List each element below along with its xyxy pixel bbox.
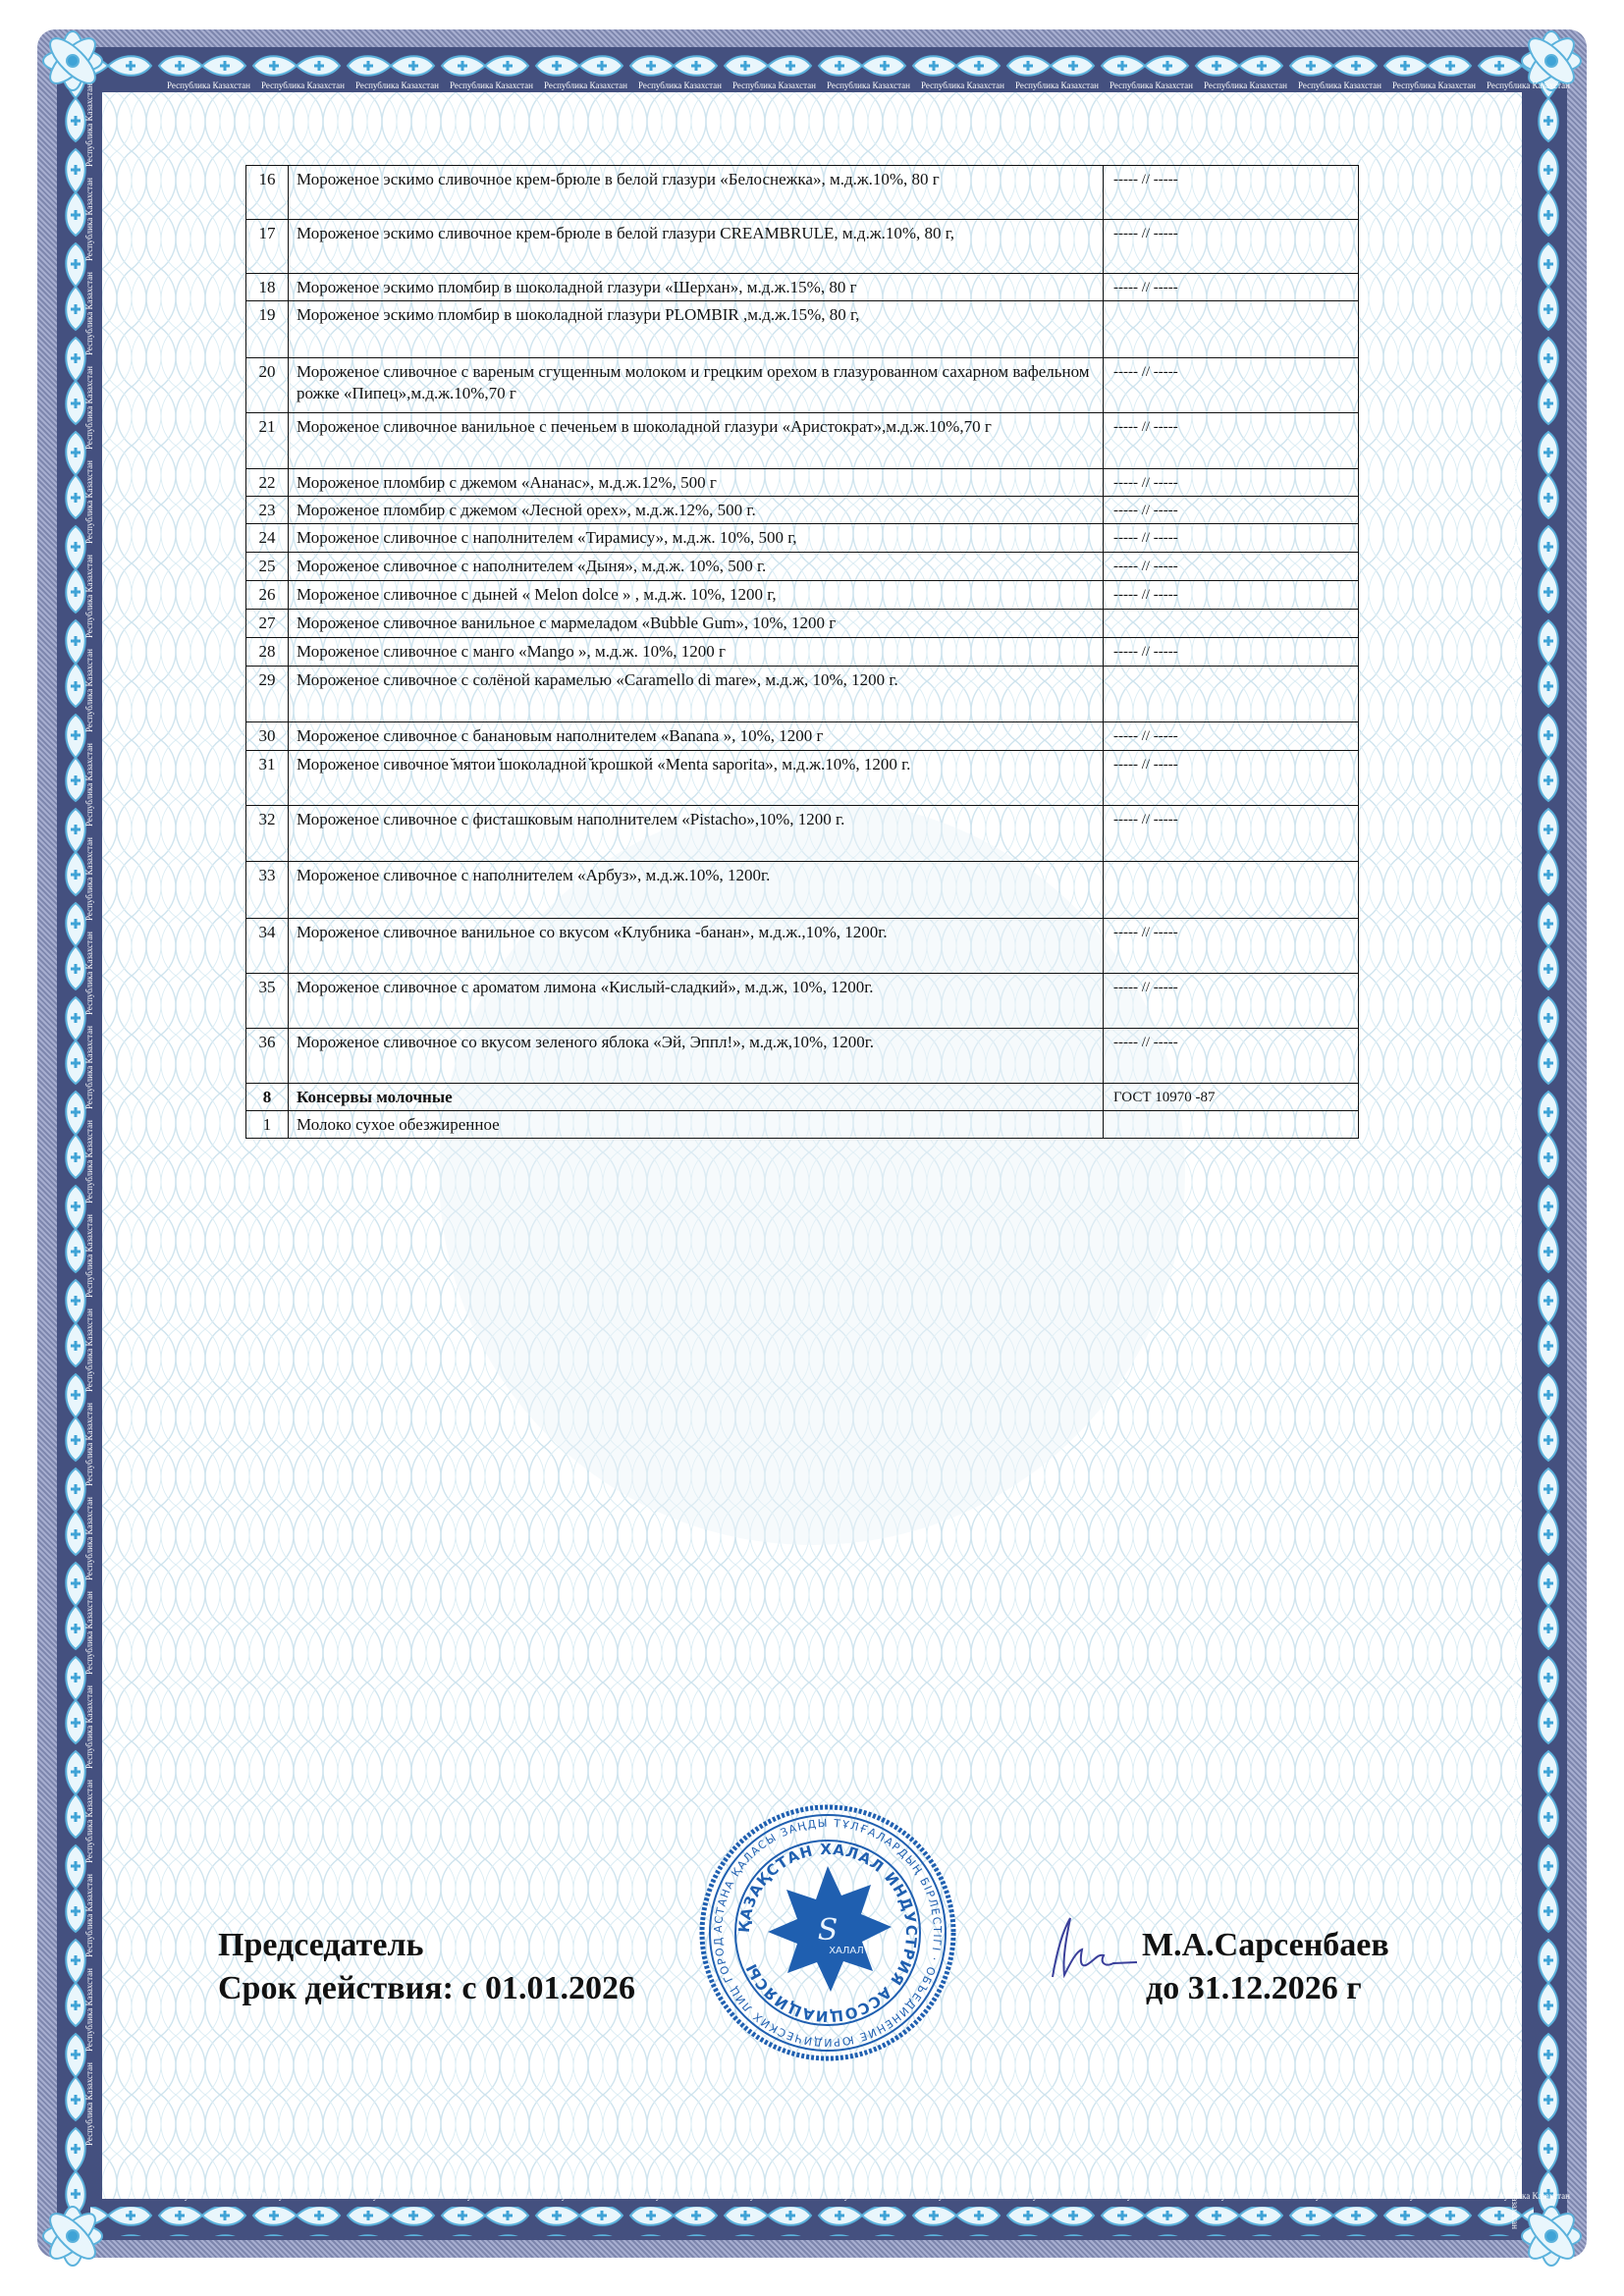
border-text: Республика Казахстан [84,1026,94,1109]
row-number: 23 [246,497,289,524]
table-row: 30Мороженое сливочное с банановым наполн… [246,722,1359,751]
border-text: Республика Казахстан [84,649,94,732]
table-row: 28 Мороженое сливочное с манго «Mango »,… [246,638,1359,667]
standard-reference [1104,862,1359,919]
standard-reference: ----- // ----- [1104,806,1359,862]
border-text: Республика Казахстан [1392,80,1476,90]
border-text: Республика Казахстан [1510,1957,1520,2041]
certificate-page: Республика КазахстанРеспублика Казахстан… [0,0,1624,2296]
border-text: Республика Казахстан [827,80,910,90]
border-text: Республика Казахстан [84,932,94,1015]
border-text: Республика Казахстан [732,80,816,90]
border-text: Республика Казахстан [1510,1015,1520,1098]
standard-reference: ----- // ----- [1104,553,1359,581]
border-text: Республика Казахстан [167,2191,250,2201]
standard-reference [1104,1111,1359,1139]
product-name: Мороженое сивочное ̆мятои ̆шоколадной ̆к… [289,751,1104,806]
standard-reference: ----- // ----- [1104,413,1359,469]
border-text: Республика Казахстан [1015,80,1099,90]
border-text: Республика Казахстан [355,2191,439,2201]
corner-ornament-icon [33,22,112,100]
row-number: 26 [246,581,289,610]
border-text: Республика Казахстан [84,178,94,261]
row-number: 28 [246,638,289,667]
border-text: Республика Казахстан [1510,732,1520,816]
border-text: Республика Казахстан [1510,1486,1520,1570]
row-number: 18 [246,274,289,301]
border-text: Республика Казахстан [1510,355,1520,439]
row-number: 29 [246,667,289,722]
row-number: 33 [246,862,289,919]
table-row: 18Мороженое эскимо пломбир в шоколадной … [246,274,1359,301]
table-row: 27Мороженое сливочное ванильное с мармел… [246,610,1359,638]
product-name: Мороженое сливочное с солёной карамелью … [289,667,1104,722]
svg-text:ХАЛАЛ: ХАЛАЛ [829,1946,864,1956]
border-text: Республика Казахстан [84,1968,94,2052]
table-row: 23Мороженое пломбир с джемом «Лесной оре… [246,497,1359,524]
product-name: Мороженое сливочное с наполнителем «Арбу… [289,862,1104,919]
halal-association-stamp-icon: АСТАНА ҚАЛАСЫ ЗАҢДЫ ТҰЛҒАЛАРДЫҢ БІРЛЕСТІ… [699,1804,956,2061]
standard-reference: ----- // ----- [1104,751,1359,806]
chairman-label: Председатель [218,1924,424,1967]
product-name: Мороженое пломбир с джемом «Лесной орех»… [289,497,1104,524]
standard-reference: ----- // ----- [1104,1029,1359,1084]
corner-ornament-icon [1512,2197,1591,2275]
table-row: 36 Мороженое сливочное со вкусом зеленог… [246,1029,1359,1084]
border-text: Республика Казахстан [1015,2191,1099,2201]
border-text: Республика Казахстан [84,1120,94,1203]
standard-reference: ----- // ----- [1104,581,1359,610]
standard-reference: ----- // ----- [1104,220,1359,274]
standard-reference: ----- // ----- [1104,974,1359,1029]
product-name: Консервы молочные [289,1084,1104,1111]
border-text: Республика Казахстан [84,837,94,921]
border-text: Республика Казахстан [1487,2191,1570,2201]
standard-reference: ----- // ----- [1104,274,1359,301]
product-name: Молоко сухое обезжиренное [289,1111,1104,1139]
border-text: Республика Казахстан [1510,1863,1520,1947]
standard-reference: ----- // ----- [1104,524,1359,553]
table-row: 19Мороженое эскимо пломбир в шоколадной … [246,301,1359,358]
validity-start-label: Срок действия: с 01.01.2026 [218,1967,635,2010]
border-text: Республика Казахстан [1487,80,1570,90]
validity-end-label: до 31.12.2026 г [1146,1967,1362,2010]
row-number: 21 [246,413,289,469]
border-text: Республика Казахстан [544,2191,627,2201]
table-row: 1Молоко сухое обезжиренное [246,1111,1359,1139]
border-text: Республика Казахстан [84,743,94,827]
product-name: Мороженое эскимо пломбир в шоколадной гл… [289,274,1104,301]
row-number: 35 [246,974,289,1029]
product-name: Мороженое сливочное ванильное с печеньем… [289,413,1104,469]
product-name: Мороженое сливочное с дыней « Melon dolc… [289,581,1104,610]
table-row: 32Мороженое сливочное с фисташковым напо… [246,806,1359,862]
row-number: 32 [246,806,289,862]
border-text: Республика Казахстан [1510,450,1520,533]
border-text: Республика Казахстан [355,80,439,90]
border-text: Республика Казахстан [1110,2191,1193,2201]
row-number: 31 [246,751,289,806]
border-text: Республика Казахстан [84,1780,94,1863]
table-row: 21Мороженое сливочное ванильное с печень… [246,413,1359,469]
border-text: Республика Казахстан [544,80,627,90]
table-row: 29Мороженое сливочное с солёной карамель… [246,667,1359,722]
border-text: Республика Казахстан [84,1685,94,1769]
table-row: 8Консервы молочныеГОСТ 10970 -87 [246,1084,1359,1111]
table-row: 31Мороженое сивочное ̆мятои ̆шоколадной … [246,751,1359,806]
product-name: Мороженое сливочное ванильное с мармелад… [289,610,1104,638]
svg-text:S: S [818,1913,839,1948]
product-name: Мороженое сливочное с ароматом лимона «К… [289,974,1104,1029]
table-row: 17Мороженое эскимо сливочное крем-брюле … [246,220,1359,274]
row-number: 24 [246,524,289,553]
border-text: Республика Казахстан [1510,1298,1520,1381]
border-text: Республика Казахстан [1204,2191,1287,2201]
border-text: Республика Казахстан [1510,2146,1520,2229]
border-text: Республика Казахстан [1510,921,1520,1004]
product-name: Мороженое сливочное с наполнителем «Тира… [289,524,1104,553]
product-name: Мороженое сливочное с фисташковым наполн… [289,806,1104,862]
border-text: Республика Казахстан [1510,1203,1520,1287]
row-number: 22 [246,469,289,497]
border-text: Республика Казахстан [638,2191,722,2201]
table-row: 33Мороженое сливочное с наполнителем «Ар… [246,862,1359,919]
row-number: 34 [246,919,289,974]
table-row: 35 Мороженое сливочное с ароматом лимона… [246,974,1359,1029]
standard-reference: ГОСТ 10970 -87 [1104,1084,1359,1111]
standard-reference [1104,667,1359,722]
table-row: 24Мороженое сливочное с наполнителем «Ти… [246,524,1359,553]
product-name: Мороженое сливочное с банановым наполнит… [289,722,1104,751]
product-name: Мороженое эскимо сливочное крем-брюле в … [289,220,1104,274]
border-text: Республика Казахстан [1510,1769,1520,1852]
table-row: 20Мороженое сливочное с вареным сгущенны… [246,358,1359,413]
standard-reference: ----- // ----- [1104,919,1359,974]
row-number: 19 [246,301,289,358]
product-table: 16Мороженое эскимо сливочное крем-брюле … [245,165,1359,1139]
row-number: 27 [246,610,289,638]
standard-reference: ----- // ----- [1104,469,1359,497]
product-name: Мороженое эскимо пломбир в шоколадной гл… [289,301,1104,358]
standard-reference [1104,301,1359,358]
table-row: 34 Мороженое сливочное ванильное со вкус… [246,919,1359,974]
border-text: Республика Казахстан [84,2062,94,2146]
row-number: 36 [246,1029,289,1084]
standard-reference: ----- // ----- [1104,497,1359,524]
signature-icon [1041,1914,1139,1983]
row-number: 16 [246,166,289,220]
border-text: Республика Казахстан [1204,80,1287,90]
row-number: 25 [246,553,289,581]
product-name: Мороженое сливочное с вареным сгущенным … [289,358,1104,413]
border-text: Республика Казахстан [84,1497,94,1580]
product-name: Мороженое сливочное с наполнителем «Дыня… [289,553,1104,581]
border-text: Республика Казахстан [921,80,1004,90]
border-text: Республика Казахстан [84,1874,94,1957]
corner-ornament-icon [33,2197,112,2275]
border-text: Республика Казахстан [1392,2191,1476,2201]
border-text: Республика Казахстан [1298,2191,1381,2201]
border-text: Республика Казахстан [84,1214,94,1298]
product-name: Мороженое эскимо сливочное крем-брюле в … [289,166,1104,220]
border-text: Республика Казахстан [167,80,250,90]
border-text: Республика Казахстан [921,2191,1004,2201]
border-text: Республика Казахстан [84,555,94,638]
border-text: Республика Казахстан [84,1308,94,1392]
border-text: Республика Казахстан [827,2191,910,2201]
border-text: Республика Казахстан [1510,544,1520,627]
border-text: Республика Казахстан [732,2191,816,2201]
border-text: Республика Казахстан [261,2191,345,2201]
row-number: 8 [246,1084,289,1111]
border-text: Республика Казахстан [450,2191,533,2201]
border-text: Республика Казахстан [1510,1392,1520,1475]
product-name: Мороженое сливочное со вкусом зеленого я… [289,1029,1104,1084]
standard-reference: ----- // ----- [1104,722,1359,751]
standard-reference: ----- // ----- [1104,358,1359,413]
border-text: Республика Казахстан [84,1591,94,1675]
table-row: 16Мороженое эскимо сливочное крем-брюле … [246,166,1359,220]
border-text: Республика Казахстан [1510,1675,1520,1758]
border-text: Республика Казахстан [84,460,94,544]
standard-reference [1104,610,1359,638]
border-text: Республика Казахстан [638,80,722,90]
border-text: Республика Казахстан [1510,167,1520,250]
table-row: 22Мороженое пломбир с джемом «Ананас», м… [246,469,1359,497]
border-text: Республика Казахстан [84,272,94,355]
row-number: 17 [246,220,289,274]
border-text: Республика Казахстан [1110,80,1193,90]
border-text: Республика Казахстан [84,366,94,450]
standard-reference: ----- // ----- [1104,638,1359,667]
border-text: Республика Казахстан [84,83,94,167]
product-name: Мороженое сливочное ванильное со вкусом … [289,919,1104,974]
product-name: Мороженое сливочное с манго «Mango », м.… [289,638,1104,667]
row-number: 20 [246,358,289,413]
chairman-name: М.А.Сарсенбаев [1142,1924,1389,1967]
standard-reference: ----- // ----- [1104,166,1359,220]
table-row: 25Мороженое сливочное с наполнителем «Ды… [246,553,1359,581]
border-text: Республика Казахстан [1510,1109,1520,1193]
border-text: Республика Казахстан [84,1403,94,1486]
border-text: Республика Казахстан [450,80,533,90]
table-row: 26Мороженое сливочное с дыней « Melon do… [246,581,1359,610]
border-text: Республика Казахстан [261,80,345,90]
border-text: Республика Казахстан [1510,261,1520,345]
border-text: Республика Казахстан [1510,638,1520,721]
product-name: Мороженое пломбир с джемом «Ананас», м.д… [289,469,1104,497]
row-number: 30 [246,722,289,751]
border-text: Республика Казахстан [1298,80,1381,90]
border-text: Республика Казахстан [1510,2052,1520,2135]
row-number: 1 [246,1111,289,1139]
border-text: Республика Казахстан [1510,1580,1520,1664]
border-text: Республика Казахстан [1510,827,1520,910]
